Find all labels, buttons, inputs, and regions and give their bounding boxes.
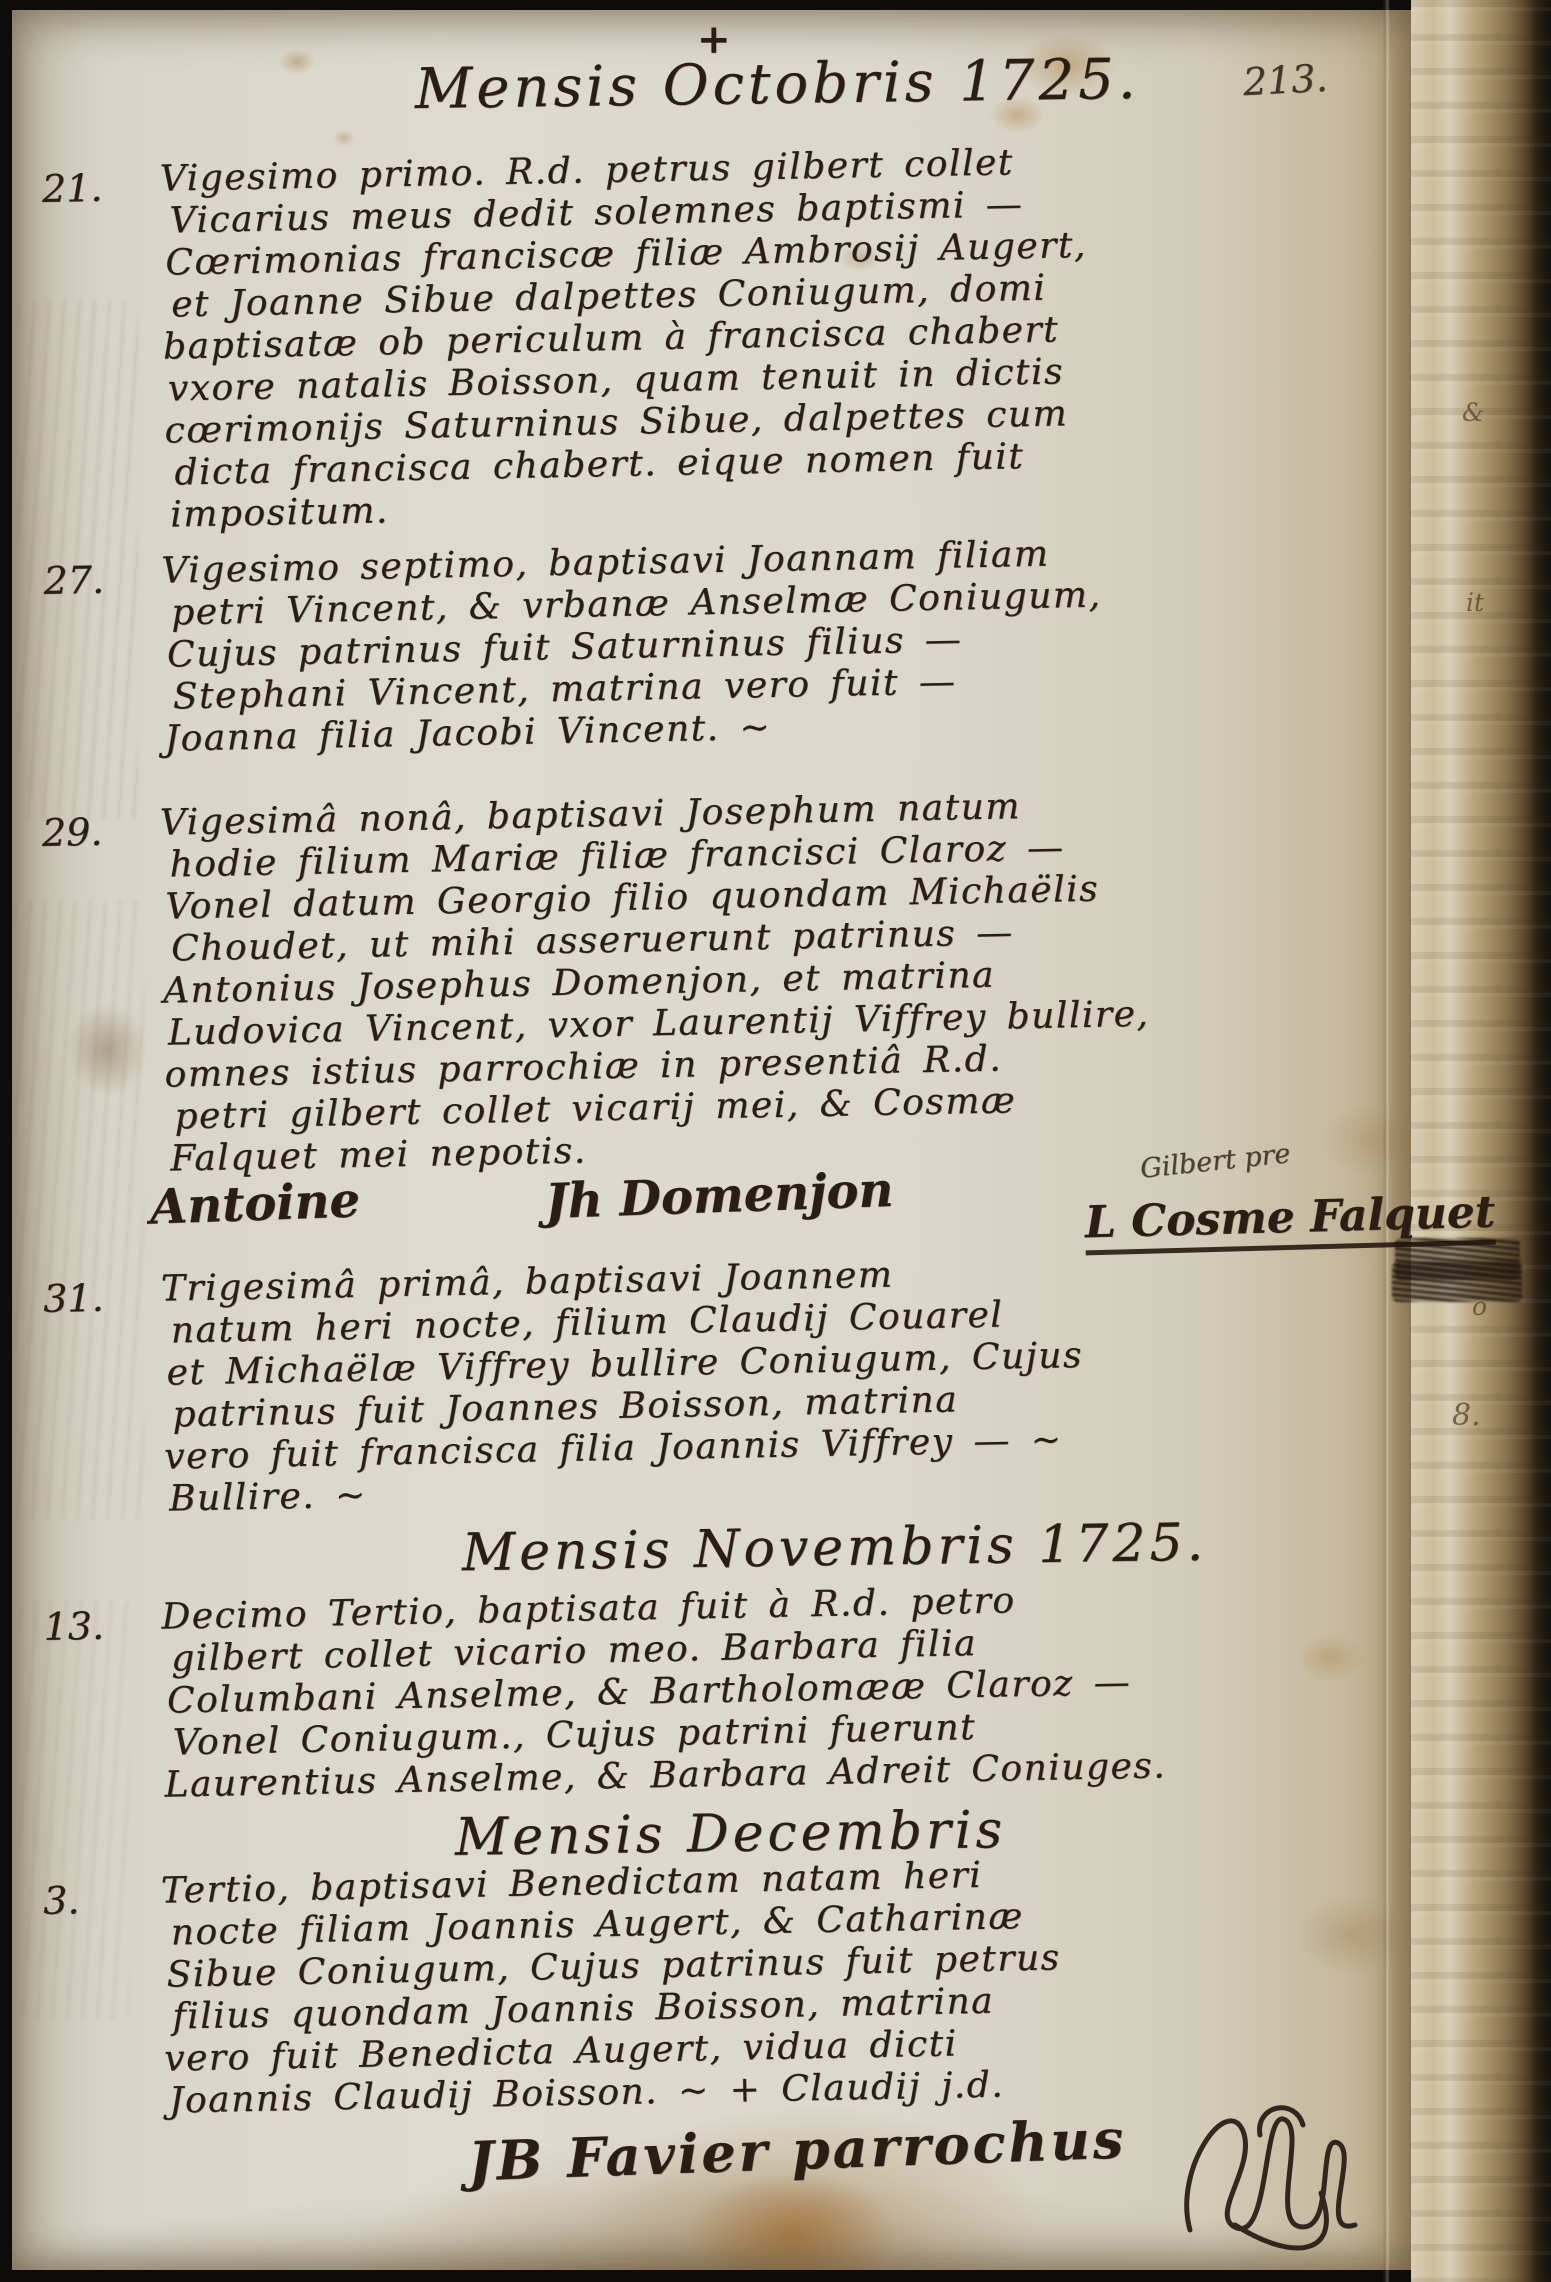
entry-october-21: 21. Vigesimo primo. R.d. petrus gilbert … — [41, 135, 1394, 539]
entry-lines: Decimo Tertio, baptisata fuit à R.d. pet… — [161, 1573, 1393, 1807]
entry-lines: Vigesimâ nonâ, baptisavi Josephum natumh… — [159, 779, 1394, 1181]
manuscript-scan: + Mensis Octobris 1725. 213. 21. Vigesim… — [0, 0, 1551, 2282]
section-heading-november: Mensis Novembris 1725. — [462, 1513, 1208, 1583]
margin-mark: & — [1462, 398, 1484, 427]
book-page-edges — [1411, 0, 1551, 2282]
entry-day-number: 29. — [42, 810, 103, 855]
entry-day-number: 13. — [43, 1604, 104, 1649]
paraph-flourish — [1165, 2075, 1395, 2265]
page-number: 213. — [1242, 56, 1329, 104]
entry-day-number: 21. — [42, 166, 103, 211]
entry-day-number: 31. — [43, 1276, 104, 1321]
entry-november-13: 13. Decimo Tertio, baptisata fuit à R.d.… — [43, 1573, 1393, 1809]
entry-october-31: 31. Trigesimâ primâ, baptisavi Joannemna… — [43, 1245, 1394, 1523]
entry-october-27: 27. Vigesimo septimo, baptisavi Joannam … — [43, 527, 1393, 763]
margin-mark: 8. — [1452, 1398, 1481, 1433]
entry-lines: Trigesimâ primâ, baptisavi Joannemnatum … — [161, 1245, 1394, 1521]
page-title: Mensis Octobris 1725. — [415, 47, 1140, 122]
entry-day-number: 3. — [43, 1878, 80, 1923]
entry-lines: Vigesimo septimo, baptisavi Joannam fili… — [161, 527, 1393, 761]
entry-october-29: 29. Vigesimâ nonâ, baptisavi Josephum na… — [41, 779, 1394, 1183]
margin-mark: o — [1472, 1292, 1487, 1321]
margin-mark: it — [1466, 588, 1484, 617]
signature-antoine: Antoine — [149, 1172, 361, 1235]
entry-day-number: 27. — [43, 558, 104, 603]
entry-lines: Vigesimo primo. R.d. petrus gilbert coll… — [159, 135, 1394, 537]
crossed-out-word-smudge — [1392, 1262, 1522, 1302]
